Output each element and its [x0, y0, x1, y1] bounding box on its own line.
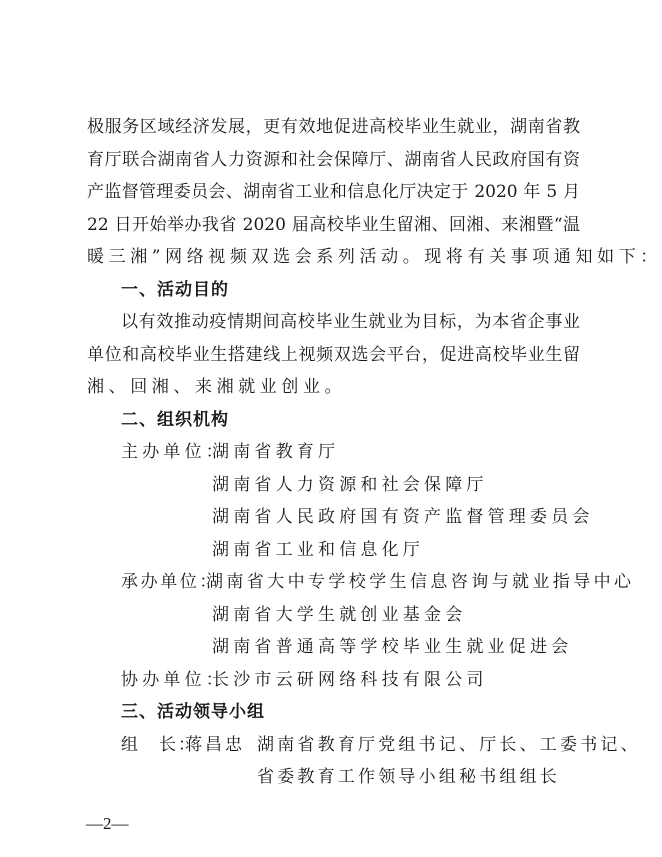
intro-line: 产监督管理委员会、湖南省工业和信息化厅决定于 2020 年 5 月: [87, 181, 580, 203]
page-number: —2—: [86, 814, 129, 834]
organizer-item: 湖南省普通高等学校毕业生就业促进会: [212, 636, 572, 658]
co-organizer-item: 长沙市云研网络科技有限公司: [212, 669, 488, 691]
purpose-line: 以有效推动疫情期间高校毕业生就业为目标，为本省企事业: [121, 311, 580, 333]
host-item: 湖南省工业和信息化厅: [212, 539, 424, 561]
section-heading-leadership: 三、活动领导小组: [121, 701, 265, 723]
organizer-item: 湖南省大中专学校学生信息咨询与就业指导中心: [206, 571, 634, 593]
intro-line: 极服务区域经济发展，更有效地促进高校毕业生就业，湖南省教: [87, 116, 580, 138]
intro-line: 暖三湘”网络视频双选会系列活动。现将有关事项通知如下：: [87, 246, 662, 268]
document-page: 极服务区域经济发展，更有效地促进高校毕业生就业，湖南省教 育厅联合湖南省人力资源…: [0, 0, 662, 857]
leader-name: 蒋昌忠: [185, 734, 245, 756]
section-heading-organization: 二、组织机构: [121, 409, 229, 431]
intro-line: 22 日开始举办我省 2020 届高校毕业生留湘、回湘、来湘暨“温: [87, 214, 580, 236]
purpose-line: 湘、回湘、来湘就业创业。: [87, 376, 346, 398]
organizer-label: 承办单位：: [121, 571, 219, 593]
host-item: 湖南省人民政府国有资产监督管理委员会: [212, 506, 594, 528]
host-item: 湖南省人力资源和社会保障厅: [212, 474, 488, 496]
purpose-line: 单位和高校毕业生搭建线上视频双选会平台，促进高校毕业生留: [87, 344, 580, 366]
leader-title-line: 湖南省教育厅党组书记、厅长、工委书记、: [257, 734, 641, 756]
section-heading-purpose: 一、活动目的: [121, 279, 229, 301]
host-item: 湖南省教育厅: [212, 441, 339, 463]
leader-title-line: 省委教育工作领导小组秘书组组长: [257, 766, 560, 788]
intro-line: 育厅联合湖南省人力资源和社会保障厅、湖南省人民政府国有资: [87, 149, 580, 171]
organizer-item: 湖南省大学生就创业基金会: [212, 604, 466, 626]
